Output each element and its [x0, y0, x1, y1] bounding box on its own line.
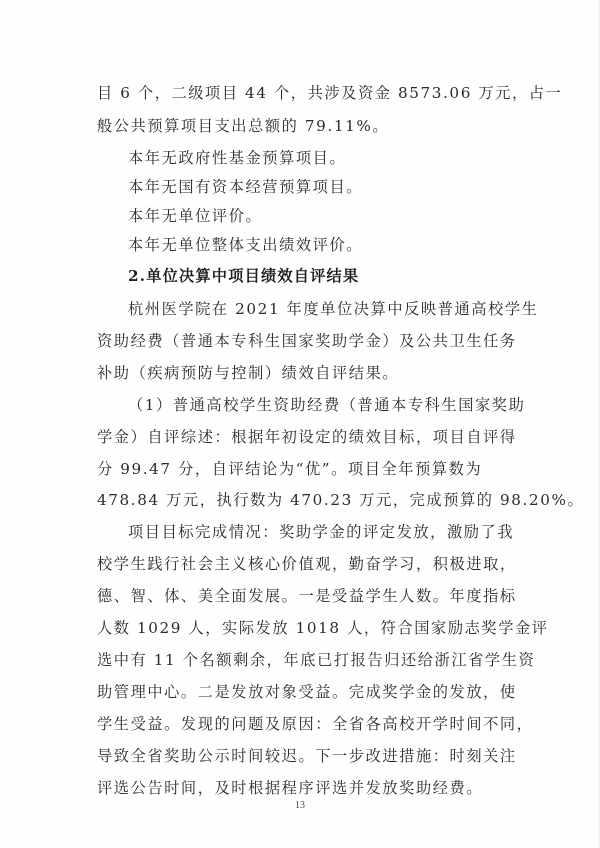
text-line: 般公共预算项目支出总额的 79.11%。	[97, 116, 517, 136]
text-line: 导致全省奖助公示时间较迟。下一步改进措施：时刻关注	[97, 746, 517, 766]
text-line: 本年无政府性基金预算项目。	[128, 148, 548, 168]
section-heading: 2.单位决算中项目绩效自评结果	[128, 266, 548, 286]
text-line: 助管理中心。二是发放对象受益。完成奖学金的发放，使	[97, 682, 517, 702]
text-line: 本年无国有资本经营预算项目。	[128, 177, 548, 197]
text-line: 分 99.47 分，自评结论为“优”。项目全年预算数为	[97, 459, 517, 479]
text-line: （1）普通高校学生资助经费（普通本专科生国家奖助	[128, 395, 548, 415]
text-line: 评选公告时间，及时根据程序评选并发放奖助经费。	[97, 778, 517, 798]
text-line: 学金）自评综述：根据年初设定的绩效目标，项目自评得	[97, 427, 517, 447]
text-line: 人数 1029 人，实际发放 1018 人，符合国家励志奖学金评	[97, 618, 517, 638]
text-line: 项目目标完成情况：奖助学金的评定发放，激励了我	[128, 522, 548, 542]
text-line: 补助（疾病预防与控制）绩效自评结果。	[97, 363, 517, 383]
page-number: 13	[0, 800, 600, 811]
text-line: 杭州医学院在 2021 年度单位决算中反映普通高校学生	[128, 299, 548, 319]
text-line: 本年无单位评价。	[128, 206, 548, 226]
text-line: 目 6 个，二级项目 44 个，共涉及资金 8573.06 万元，占一	[97, 83, 517, 103]
text-line: 选中有 11 个名额剩余，年底已打报告归还给浙江省学生资	[97, 650, 517, 670]
text-line: 学生受益。发现的问题及原因：全省各高校开学时间不同，	[97, 714, 517, 734]
document-page: 目 6 个，二级项目 44 个，共涉及资金 8573.06 万元，占一 般公共预…	[0, 0, 600, 848]
text-line: 德、智、体、美全面发展。一是受益学生人数。年度指标	[97, 586, 517, 606]
text-line: 478.84 万元，执行数为 470.23 万元，完成预算的 98.20%。	[97, 490, 517, 510]
text-line: 本年无单位整体支出绩效评价。	[128, 235, 548, 255]
text-line: 校学生践行社会主义核心价值观，勤奋学习，积极进取，	[97, 554, 517, 574]
text-line: 资助经费（普通本专科生国家奖助学金）及公共卫生任务	[97, 331, 517, 351]
